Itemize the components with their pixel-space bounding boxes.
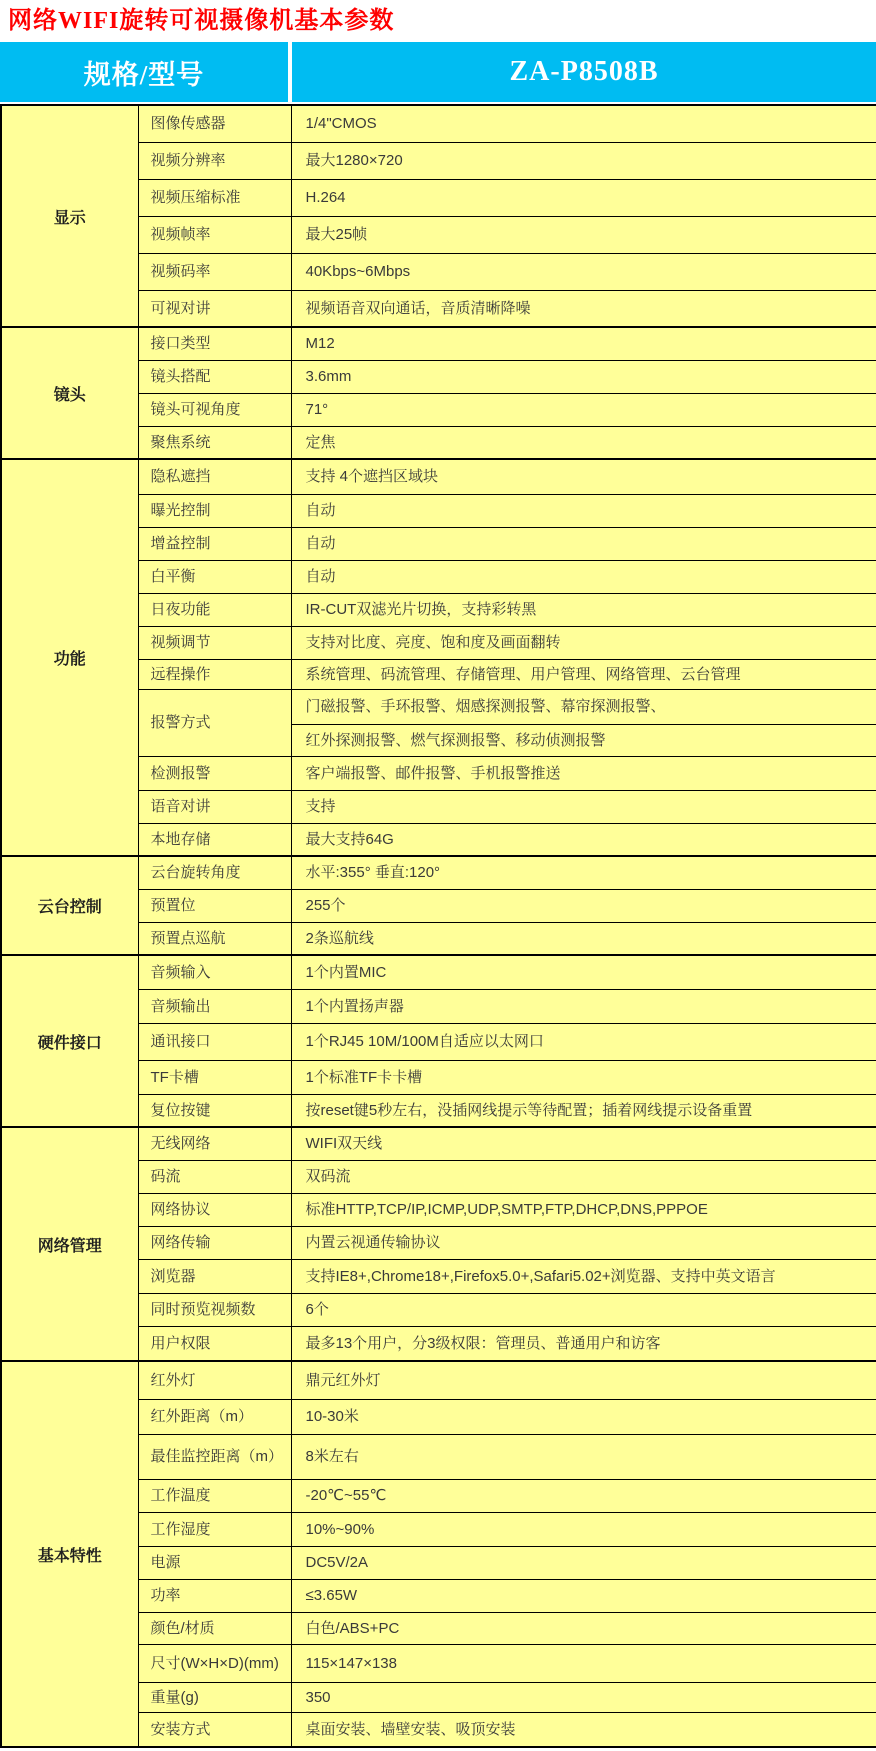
page-title: 网络WIFI旋转可视摄像机基本参数 xyxy=(0,0,876,40)
spec-value: 支持IE8+,Chrome18+,Firefox5.0+,Safari5.02+… xyxy=(291,1259,876,1293)
spec-label: 码流 xyxy=(138,1160,291,1193)
spec-label: 预置点巡航 xyxy=(138,922,291,955)
table-header: 规格/型号 ZA-P8508B xyxy=(0,42,876,102)
spec-value: IR-CUT双滤光片切换，支持彩转黑 xyxy=(291,593,876,626)
header-spec-label: 规格/型号 xyxy=(0,42,288,102)
table-row: 功能 隐私遮挡 支持 4个遮挡区域块 xyxy=(1,459,876,494)
spec-label: TF卡槽 xyxy=(138,1060,291,1094)
spec-value: 71° xyxy=(291,393,876,426)
header-model: ZA-P8508B xyxy=(292,42,876,102)
spec-label: 视频分辨率 xyxy=(138,142,291,179)
spec-label: 颜色/材质 xyxy=(138,1612,291,1644)
category-cell: 显示 xyxy=(1,105,138,327)
spec-label: 预置位 xyxy=(138,889,291,922)
spec-value: 支持对比度、亮度、饱和度及画面翻转 xyxy=(291,626,876,659)
spec-value: 鼎元红外灯 xyxy=(291,1361,876,1399)
spec-value: 1/4"CMOS xyxy=(291,105,876,142)
spec-value: 自动 xyxy=(291,560,876,593)
table-row: 网络管理 无线网络 WIFI双天线 xyxy=(1,1127,876,1160)
spec-value: 系统管理、码流管理、存储管理、用户管理、网络管理、云台管理 xyxy=(291,659,876,689)
spec-label: 网络传输 xyxy=(138,1226,291,1259)
spec-label: 镜头可视角度 xyxy=(138,393,291,426)
spec-value: 10-30米 xyxy=(291,1399,876,1434)
spec-value: 按reset键5秒左右，没插网线提示等待配置；插着网线提示设备重置 xyxy=(291,1094,876,1127)
spec-value: 内置云视通传输协议 xyxy=(291,1226,876,1259)
spec-value: 1个RJ45 10M/100M自适应以太网口 xyxy=(291,1023,876,1060)
spec-label: 音频输入 xyxy=(138,955,291,989)
spec-value: 1个内置扬声器 xyxy=(291,989,876,1023)
spec-label: 镜头搭配 xyxy=(138,360,291,393)
spec-value: DC5V/2A xyxy=(291,1546,876,1579)
spec-value: 10%~90% xyxy=(291,1512,876,1546)
spec-value: 1个内置MIC xyxy=(291,955,876,989)
spec-value: 最大支持64G xyxy=(291,823,876,856)
category-cell: 镜头 xyxy=(1,327,138,459)
spec-value: -20℃~55℃ xyxy=(291,1479,876,1512)
spec-label: 报警方式 xyxy=(138,689,291,756)
spec-value: 双码流 xyxy=(291,1160,876,1193)
spec-value: 支持 4个遮挡区域块 xyxy=(291,459,876,494)
table-row: 显示 图像传感器 1/4"CMOS xyxy=(1,105,876,142)
spec-label: 白平衡 xyxy=(138,560,291,593)
spec-label: 语音对讲 xyxy=(138,790,291,823)
spec-label: 日夜功能 xyxy=(138,593,291,626)
spec-label: 增益控制 xyxy=(138,527,291,560)
spec-label: 视频调节 xyxy=(138,626,291,659)
spec-label: 网络协议 xyxy=(138,1193,291,1226)
table-row: 镜头 接口类型 M12 xyxy=(1,327,876,360)
spec-label: 通讯接口 xyxy=(138,1023,291,1060)
table-row: 硬件接口 音频输入 1个内置MIC xyxy=(1,955,876,989)
spec-label: 同时预览视频数 xyxy=(138,1293,291,1326)
category-cell: 网络管理 xyxy=(1,1127,138,1361)
spec-label: 电源 xyxy=(138,1546,291,1579)
spec-value: 桌面安装、墙壁安装、吸顶安装 xyxy=(291,1712,876,1747)
spec-value: WIFI双天线 xyxy=(291,1127,876,1160)
spec-label: 视频帧率 xyxy=(138,216,291,253)
spec-value: 标准HTTP,TCP/IP,ICMP,UDP,SMTP,FTP,DHCP,DNS… xyxy=(291,1193,876,1226)
spec-value: 6个 xyxy=(291,1293,876,1326)
spec-label: 远程操作 xyxy=(138,659,291,689)
spec-value: 最多13个用户，分3级权限：管理员、普通用户和访客 xyxy=(291,1326,876,1361)
category-cell: 云台控制 xyxy=(1,856,138,955)
spec-value: 支持 xyxy=(291,790,876,823)
spec-label: 尺寸(W×H×D)(mm) xyxy=(138,1644,291,1682)
spec-label: 可视对讲 xyxy=(138,290,291,327)
spec-value: M12 xyxy=(291,327,876,360)
spec-value: 自动 xyxy=(291,494,876,527)
spec-label: 红外距离（m） xyxy=(138,1399,291,1434)
spec-label: 浏览器 xyxy=(138,1259,291,1293)
spec-value: ≤3.65W xyxy=(291,1579,876,1612)
spec-label: 安装方式 xyxy=(138,1712,291,1747)
spec-label: 重量(g) xyxy=(138,1682,291,1712)
spec-label: 红外灯 xyxy=(138,1361,291,1399)
spec-label: 功率 xyxy=(138,1579,291,1612)
spec-label: 隐私遮挡 xyxy=(138,459,291,494)
spec-value: 3.6mm xyxy=(291,360,876,393)
spec-label: 音频输出 xyxy=(138,989,291,1023)
spec-label: 聚焦系统 xyxy=(138,426,291,459)
spec-table: 显示 图像传感器 1/4"CMOS 视频分辨率 最大1280×720 视频压缩标… xyxy=(0,104,876,1748)
spec-value: H.264 xyxy=(291,179,876,216)
table-row: 云台控制 云台旋转角度 水平:355° 垂直:120° xyxy=(1,856,876,889)
spec-label: 最佳监控距离（m） xyxy=(138,1434,291,1479)
spec-value: 1个标准TF卡卡槽 xyxy=(291,1060,876,1094)
category-cell: 硬件接口 xyxy=(1,955,138,1127)
spec-label: 接口类型 xyxy=(138,327,291,360)
spec-label: 用户权限 xyxy=(138,1326,291,1361)
spec-label: 图像传感器 xyxy=(138,105,291,142)
spec-value: 自动 xyxy=(291,527,876,560)
spec-label: 无线网络 xyxy=(138,1127,291,1160)
spec-value: 水平:355° 垂直:120° xyxy=(291,856,876,889)
table-row: 基本特性 红外灯 鼎元红外灯 xyxy=(1,1361,876,1399)
spec-sheet: 网络WIFI旋转可视摄像机基本参数 规格/型号 ZA-P8508B 显示 图像传… xyxy=(0,0,876,1748)
spec-label: 复位按键 xyxy=(138,1094,291,1127)
spec-label: 视频压缩标准 xyxy=(138,179,291,216)
category-cell: 功能 xyxy=(1,459,138,856)
spec-value: 定焦 xyxy=(291,426,876,459)
category-cell: 基本特性 xyxy=(1,1361,138,1747)
spec-value: 门磁报警、手环报警、烟感探测报警、幕帘探测报警、 xyxy=(291,689,876,724)
spec-value: 红外探测报警、燃气探测报警、移动侦测报警 xyxy=(291,724,876,756)
spec-value: 115×147×138 xyxy=(291,1644,876,1682)
spec-value: 2条巡航线 xyxy=(291,922,876,955)
spec-label: 视频码率 xyxy=(138,253,291,290)
spec-value: 最大1280×720 xyxy=(291,142,876,179)
spec-label: 工作温度 xyxy=(138,1479,291,1512)
spec-value: 白色/ABS+PC xyxy=(291,1612,876,1644)
spec-label: 曝光控制 xyxy=(138,494,291,527)
spec-label: 云台旋转角度 xyxy=(138,856,291,889)
spec-value: 8米左右 xyxy=(291,1434,876,1479)
spec-value: 350 xyxy=(291,1682,876,1712)
spec-label: 工作湿度 xyxy=(138,1512,291,1546)
spec-label: 检测报警 xyxy=(138,756,291,790)
spec-value: 客户端报警、邮件报警、手机报警推送 xyxy=(291,756,876,790)
spec-value: 40Kbps~6Mbps xyxy=(291,253,876,290)
spec-value: 255个 xyxy=(291,889,876,922)
spec-value: 最大25帧 xyxy=(291,216,876,253)
spec-value: 视频语音双向通话，音质清晰降噪 xyxy=(291,290,876,327)
spec-label: 本地存储 xyxy=(138,823,291,856)
